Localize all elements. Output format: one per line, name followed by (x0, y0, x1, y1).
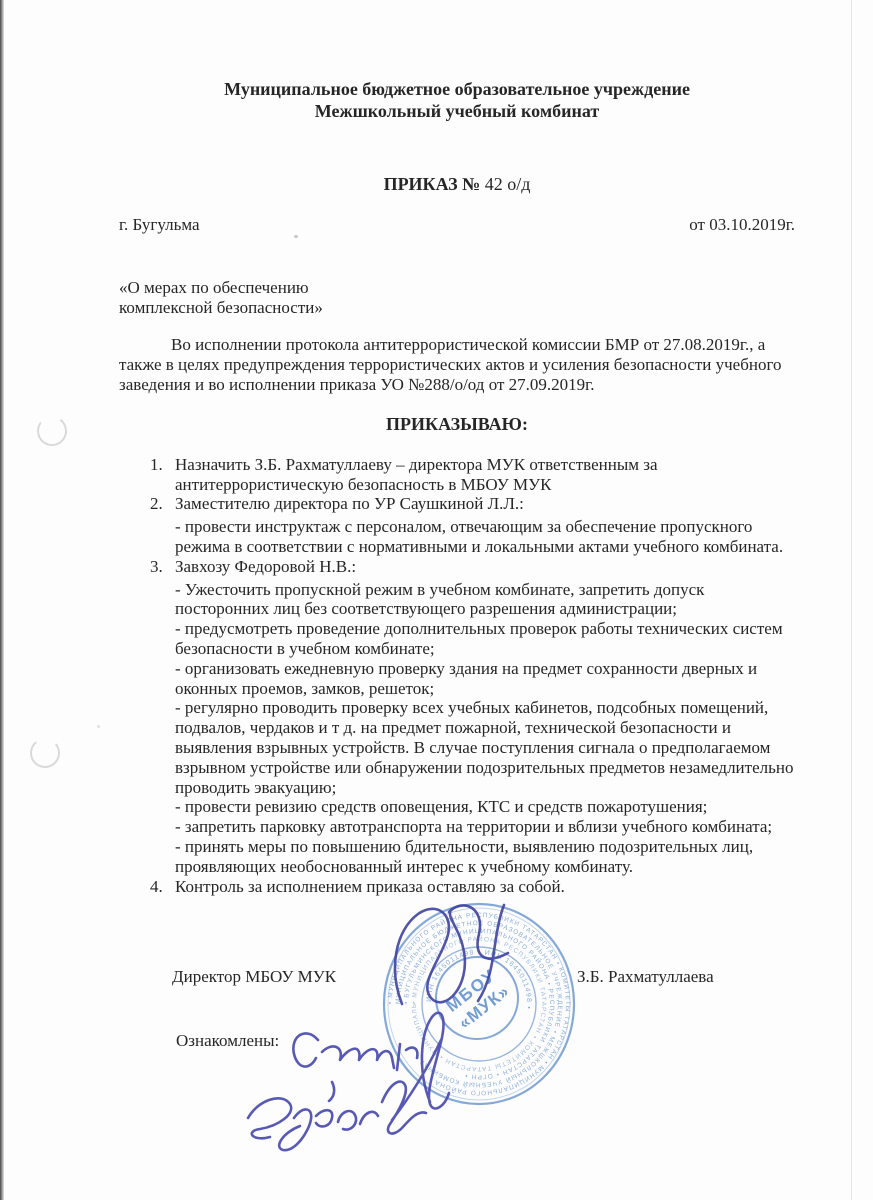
item-number: 3. (150, 557, 175, 577)
item-text: Контроль за исполнением приказа оставляю… (175, 877, 795, 897)
punch-hole-mark-top (35, 414, 69, 448)
order-item-2-subitems: - провести инструктаж с персоналом, отве… (175, 517, 795, 557)
director-label: Директор МБОУ МУК (172, 967, 336, 986)
preamble-paragraph: Во исполнении протокола антитеррористиче… (119, 335, 795, 394)
order-date: от 03.10.2019г. (689, 215, 795, 235)
subitem-text: - Ужесточить пропускной режим в учебном … (175, 580, 795, 620)
organization-header: Муниципальное бюджетное образовательное … (119, 78, 795, 122)
city-date-row: г. Бугульма от 03.10.2019г. (119, 215, 795, 235)
official-round-stamp: • МУНИЦИПАЛЬНОГО РАЙОНА РЕСПУБЛИКИ ТАТАР… (380, 901, 580, 1107)
acknowledged-signature-1 (329, 1082, 334, 1101)
organization-name-line2: Межшкольный учебный комбинат (119, 100, 795, 122)
subitem-text: - предусмотреть проведение дополнительны… (175, 619, 795, 659)
order-title: ПРИКАЗ № 42 о/д (119, 173, 795, 195)
order-item-2: 2. Заместителю директора по УР Саушкиной… (119, 494, 795, 514)
subitem-text: - регулярно проводить проверку всех учеб… (175, 698, 795, 797)
acknowledged-signature-2 (248, 1098, 378, 1150)
document-body: Муниципальное бюджетное образовательное … (119, 0, 795, 1051)
directive-heading: ПРИКАЗЫВАЮ: (119, 413, 795, 435)
order-title-label: ПРИКАЗ № (384, 174, 481, 194)
director-name: З.Б. Рахматуллаева (577, 967, 714, 987)
order-item-4: 4. Контроль за исполнением приказа остав… (119, 877, 795, 897)
item-text: Завхозу Федоровой Н.В.: (175, 557, 795, 577)
organization-name-line1: Муниципальное бюджетное образовательное … (119, 78, 795, 100)
order-item-3-subitems: - Ужесточить пропускной режим в учебном … (175, 580, 795, 877)
scan-speck (97, 725, 100, 728)
scanned-order-document: Муниципальное бюджетное образовательное … (0, 0, 873, 1200)
subitem-text: - принять меры по повышению бдительности… (175, 837, 795, 877)
subitem-text: - запретить парковку автотранспорта на т… (175, 817, 795, 837)
subitem-text: - провести ревизию средств оповещения, К… (175, 797, 795, 817)
item-text: Назначить З.Б. Рахматуллаеву – директора… (175, 455, 795, 495)
order-items-list: 1. Назначить З.Б. Рахматуллаеву – директ… (119, 455, 795, 897)
order-number: 42 о/д (480, 174, 530, 194)
subitem-text: - организовать ежедневную проверку здани… (175, 659, 795, 699)
item-number: 4. (150, 877, 175, 897)
acknowledged-label: Ознакомлены: (176, 1031, 279, 1050)
subject-line1: «О мерах по обеспечению (119, 278, 795, 298)
item-number: 2. (150, 494, 175, 514)
subject-line2: комплексной безопасности» (119, 298, 795, 318)
item-text: Заместителю директора по УР Саушкиной Л.… (175, 494, 795, 514)
order-item-3: 3. Завхозу Федоровой Н.В.: (119, 557, 795, 577)
scan-edge-right (851, 0, 852, 1200)
city-label: г. Бугульма (119, 215, 200, 235)
order-subject: «О мерах по обеспечению комплексной безо… (119, 278, 795, 318)
subitem-text: - провести инструктаж с персоналом, отве… (175, 517, 795, 557)
punch-hole-mark-bottom (29, 737, 62, 770)
item-number: 1. (150, 455, 175, 495)
order-item-1: 1. Назначить З.Б. Рахматуллаеву – директ… (119, 455, 795, 495)
scan-edge-left (0, 0, 4, 1200)
